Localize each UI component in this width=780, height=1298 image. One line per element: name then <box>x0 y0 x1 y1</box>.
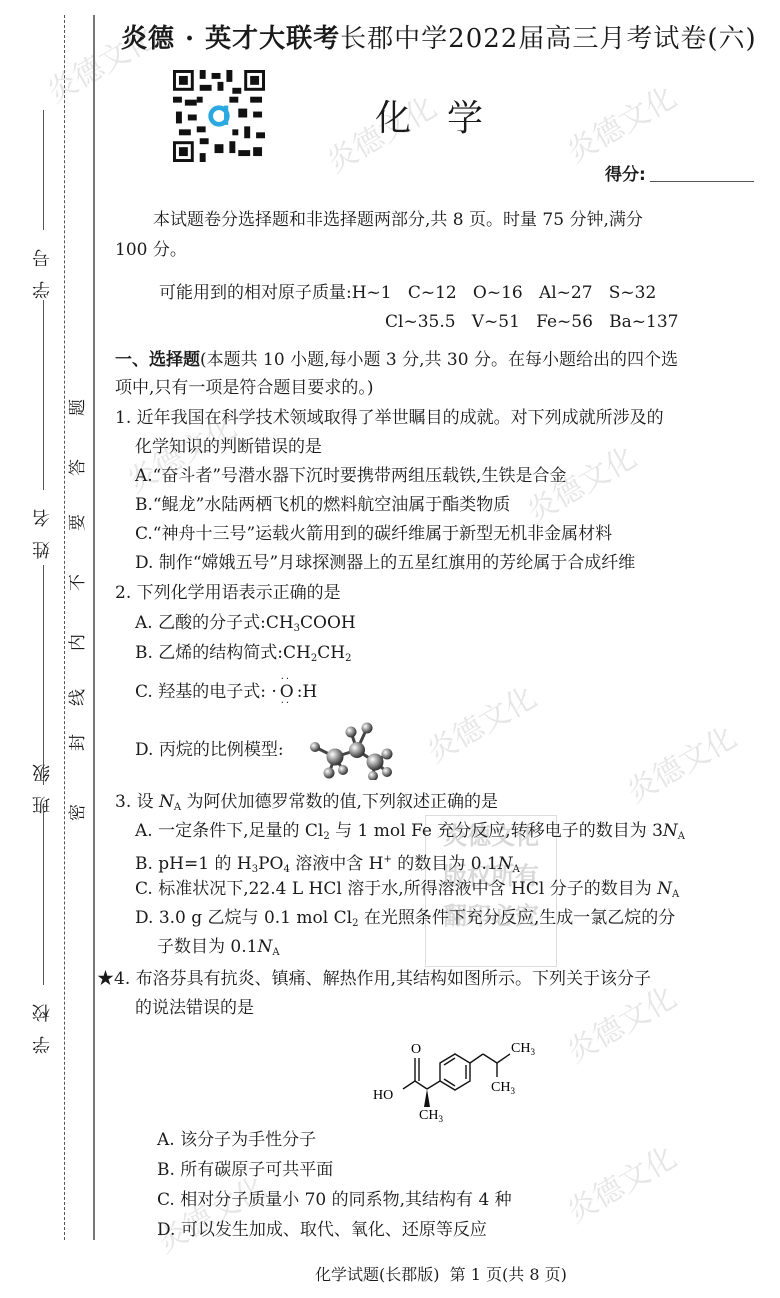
option-b[interactable]: B.“鲲龙”水陆两栖飞机的燃料航空油属于酯类物质 <box>135 495 510 515</box>
atomic-masses-row2: Cl~35.5 V~51 Fe~56 Ba~137 <box>385 312 678 332</box>
option-a[interactable]: A. 乙酸的分子式:CH3COOH <box>135 613 356 639</box>
student-id-label: 学号 <box>30 235 56 299</box>
name-label: 姓名 <box>30 495 56 559</box>
option-d[interactable]: D. 制作“嫦娥五号”月球探测器上的五星红旗用的芳纶属于合成纤维 <box>135 553 635 573</box>
margin-border-line <box>93 15 95 1240</box>
option-d[interactable]: D. 可以发生加成、取代、氧化、还原等反应 <box>157 1220 487 1240</box>
option-c[interactable]: C. 羟基的电子式: · ··O·· :H <box>135 682 317 702</box>
option-b[interactable]: B. 所有碳原子可共平面 <box>157 1160 333 1180</box>
svg-text:O: O <box>411 1042 421 1057</box>
intro-text-cont: 100 分。 <box>115 240 187 260</box>
subject-title: 化学 <box>375 90 519 141</box>
svg-text:HO: HO <box>373 1088 393 1103</box>
propane-space-filling-model-icon <box>305 712 400 780</box>
section-desc: 项中,只有一项是符合题目要求的。) <box>115 378 374 398</box>
atomic-masses: 可能用到的相对原子质量:H~1 C~12 O~16 Al~27 S~32 <box>159 283 656 303</box>
svg-text:CH3: CH3 <box>419 1108 443 1124</box>
option-a[interactable]: A. 一定条件下,足量的 Cl2 与 1 mol Fe 充分反应,转移电子的数目… <box>135 821 685 847</box>
score-blank[interactable] <box>650 181 754 182</box>
student-id-field[interactable] <box>43 300 44 490</box>
qr-code-icon[interactable] <box>173 70 265 162</box>
option-c[interactable]: C. 标准状况下,22.4 L HCl 溶于水,所得溶液中含 HCl 分子的数目… <box>135 879 679 905</box>
option-c[interactable]: C.“神舟十三号”运载火箭用到的碳纤维属于新型无机非金属材料 <box>135 524 612 544</box>
exam-title: 炎德 · 英才大联考长郡中学2022届高三月考试卷(六) <box>121 18 757 55</box>
page-footer: 化学试题(长郡版) 第 1 页(共 8 页) <box>315 1262 567 1285</box>
option-d[interactable]: D. 3.0 g 乙烷与 0.1 mol Cl2 在光照条件下充分反应,生成一氯… <box>135 908 675 934</box>
exam-name: 长郡中学2022届高三月考试卷(六) <box>340 24 756 54</box>
option-d[interactable]: D. 丙烷的比例模型: <box>135 740 284 760</box>
option-c[interactable]: C. 相对分子质量小 70 的同系物,其结构有 4 种 <box>157 1190 512 1210</box>
binding-margin: 学号 姓名 班级 学校 密 封 线 内 不 要 答 题 <box>0 0 100 1298</box>
svg-text:CH3: CH3 <box>511 1041 535 1057</box>
score-field[interactable]: 得分: <box>605 160 754 185</box>
brand-name: 炎德 · 英才大联考 <box>121 24 340 54</box>
option-a[interactable]: A.“奋斗者”号潜水器下沉时要携带两组压载铁,生铁是合金 <box>135 466 566 486</box>
svg-text:CH3: CH3 <box>491 1080 515 1096</box>
option-b[interactable]: B. 乙烯的结构简式:CH2CH2 <box>135 643 351 669</box>
ibuprofen-structure-icon: O HO CH3 CH3 CH3 <box>365 1025 565 1125</box>
class-field[interactable] <box>43 805 44 985</box>
intro-text: 本试题卷分选择题和非选择题两部分,共 8 页。时量 75 分钟,满分 <box>153 210 643 230</box>
score-label: 得分: <box>605 165 646 185</box>
section-heading: 一、选择题(本题共 10 小题,每小题 3 分,共 30 分。在每小题给出的四个… <box>115 350 678 370</box>
option-b[interactable]: B. pH=1 的 H3PO4 溶液中含 H+ 的数目为 0.1NA <box>135 850 520 880</box>
dotted-seal-line <box>64 15 65 1240</box>
school-label: 学校 <box>30 990 56 1054</box>
option-a[interactable]: A. 该分子为手性分子 <box>157 1130 316 1150</box>
